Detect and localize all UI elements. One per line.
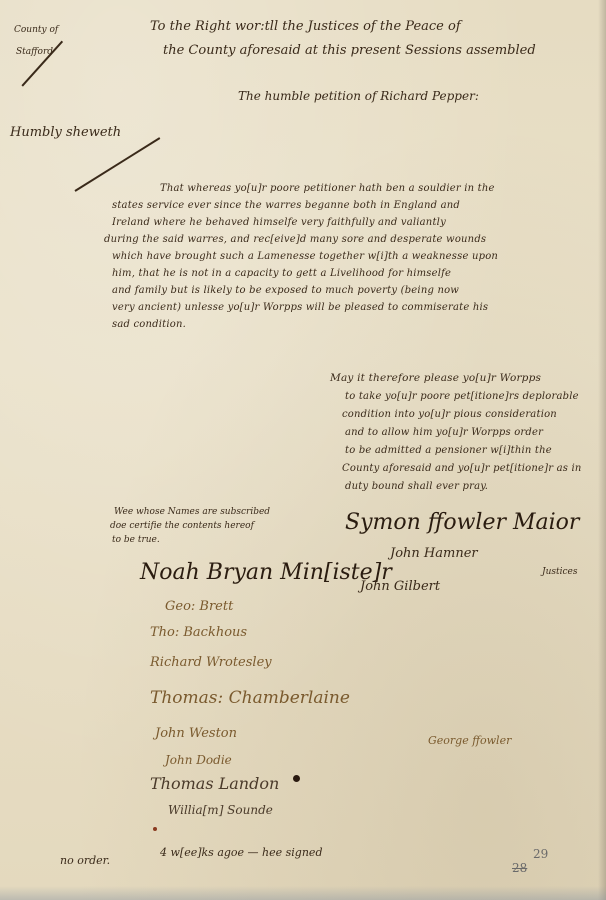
manuscript-page: County of Stafford To the Right wor:tll … (0, 0, 606, 900)
folio-number: 29 (533, 848, 548, 860)
certification-line: Wee whose Names are subscribed (114, 508, 270, 517)
signature-chamberlaine: Thomas: Chamberlaine (150, 690, 350, 707)
signature-gilbert: John Gilbert (360, 580, 440, 593)
prayer-line: condition into yo[u]r pious consideratio… (342, 410, 557, 420)
prayer-line: to be admitted a pensioner w[i]thin the (345, 446, 552, 456)
prayer-line: County aforesaid and yo[u]r pet[itione]r… (342, 464, 582, 474)
ink-blot (293, 775, 300, 782)
prayer-line: May it therefore please yo[u]r Worpps (330, 373, 541, 384)
page-edge-right (598, 0, 606, 900)
signature-minister: Noah Bryan Min[iste]r (140, 562, 392, 584)
body-line: very ancient) unlesse yo[u]r Worpps will… (112, 303, 488, 313)
prayer-line: to take yo[u]r poore pet[itione]rs deplo… (345, 392, 579, 402)
salutation: Humbly sheweth (10, 126, 121, 139)
signature-hamner: John Hamner (390, 547, 478, 560)
certification-line: doe certifie the contents hereof (110, 522, 254, 531)
prayer-line: duty bound shall ever pray. (345, 482, 488, 492)
address-line-1: To the Right wor:tll the Justices of the… (150, 20, 461, 33)
folio-struck: 28 (512, 862, 527, 874)
body-line: during the said warres, and rec[eive]d m… (104, 235, 486, 245)
body-line: and family but is likely to be exposed t… (112, 286, 459, 296)
certification-line: to be true. (112, 536, 160, 545)
signature-landon: Thomas Landon (150, 776, 279, 792)
signature-dodie: John Dodie (165, 754, 232, 766)
justices-note: Justices (542, 568, 578, 577)
salutation-flourish (74, 137, 160, 192)
signature-wrotesley: Richard Wrotesley (150, 656, 272, 669)
footer-note: 4 w[ee]ks agoe — hee signed (160, 847, 323, 858)
body-line: him, that he is not in a capacity to get… (112, 269, 451, 279)
page-edge-bottom (0, 886, 606, 900)
signature-weston: John Weston (155, 727, 237, 740)
body-line: sad condition. (112, 320, 186, 330)
signature-mayor: Symon ffowler Maior (345, 512, 579, 534)
body-line: Ireland where he behaved himselfe very f… (112, 218, 446, 228)
margin-note-line-1: County of (14, 26, 58, 35)
petitioner-line: The humble petition of Richard Pepper: (238, 90, 479, 102)
signature-backhous: Tho: Backhous (150, 626, 247, 639)
body-line: states service ever since the warres beg… (112, 201, 460, 211)
body-line: which have brought such a Lamenesse toge… (112, 252, 498, 262)
signature-george-ffowler: George ffowler (428, 735, 511, 746)
address-line-2: the County aforesaid at this present Ses… (163, 44, 536, 57)
footer-no-order: no order. (60, 855, 110, 866)
prayer-line: and to allow him yo[u]r Worpps order (345, 428, 543, 438)
ink-spot (153, 827, 157, 831)
body-line: That whereas yo[u]r poore petitioner hat… (160, 184, 495, 194)
signature-sounde: Willia[m] Sounde (168, 804, 273, 816)
signature-brett: Geo: Brett (165, 600, 233, 613)
